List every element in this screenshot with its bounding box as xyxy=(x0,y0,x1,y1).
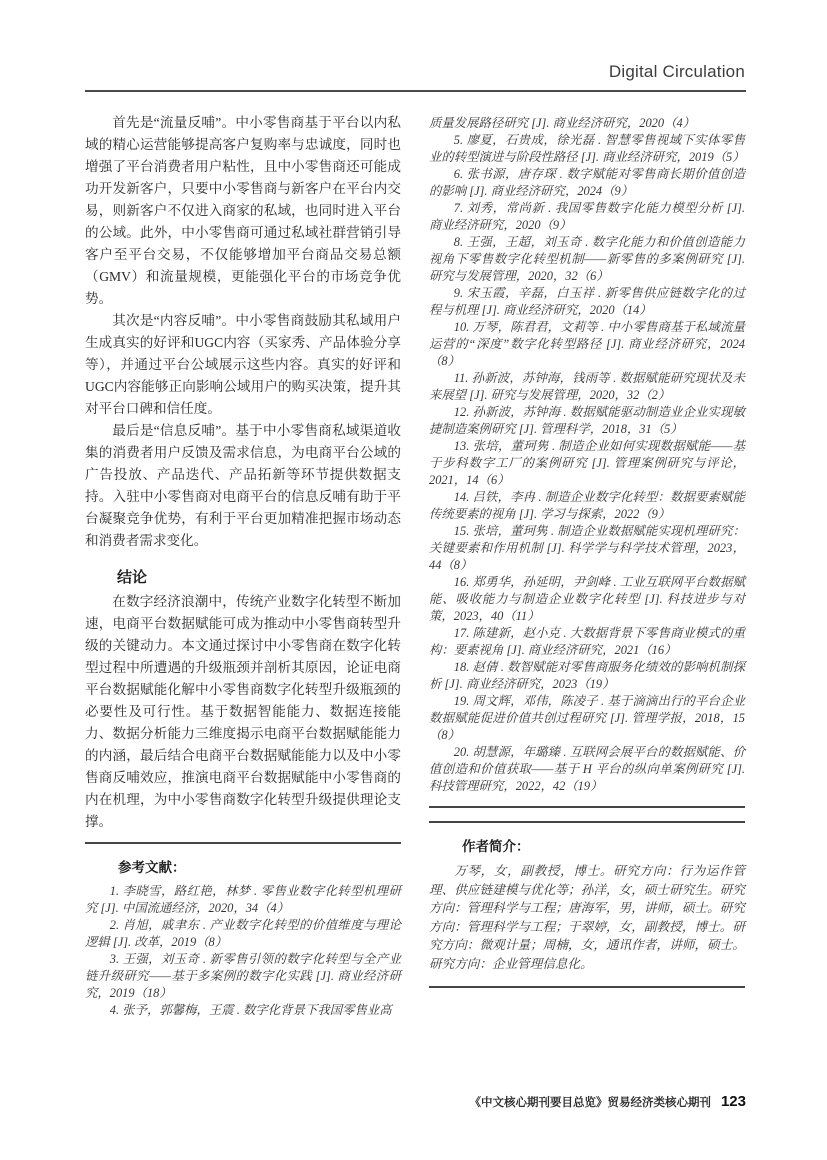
author-bio-heading: 作者简介： xyxy=(429,835,745,855)
page-footer: 《中文核心期刊要目总览》贸易经济类核心期刊 123 xyxy=(469,1093,746,1110)
reference-item-11: 11. 孙新波，苏钟海，钱雨等 . 数据赋能研究现状及未来展望 [J]. 研究与… xyxy=(429,370,745,404)
conclusion-paragraph: 在数字经济浪潮中，传统产业数字化转型不断加速，电商平台数据赋能可成为推动中小零售… xyxy=(85,591,401,833)
page-number: 123 xyxy=(721,1093,746,1110)
reference-item-18: 18. 赵倩 . 数智赋能对零售商服务化绩效的影响机制探析 [J]. 商业经济研… xyxy=(429,659,745,693)
reference-item-2: 2. 肖旭，戚聿东 . 产业数字化转型的价值维度与理论逻辑 [J]. 改革，20… xyxy=(85,917,401,951)
author-bio-top-rule-1 xyxy=(429,806,745,808)
reference-item-1: 1. 李晓雪，路红艳，林梦 . 零售业数字化转型机理研究 [J]. 中国流通经济… xyxy=(85,883,401,917)
references-heading: 参考文献： xyxy=(85,856,401,876)
journal-page: Digital Circulation 首先是“流量反哺”。中小零售商基于平台以… xyxy=(0,0,827,1160)
reference-item-15: 15. 张培，董珂隽 . 制造企业数据赋能实现机理研究：关键要素和作用机制 [J… xyxy=(429,523,745,574)
author-bio-top-rule-2 xyxy=(429,821,745,823)
reference-item-3: 3. 王强，刘玉奇 . 新零售引领的数字化转型与全产业链升级研究——基于多案例的… xyxy=(85,951,401,1002)
reference-item-13: 13. 张培，董珂隽 . 制造企业如何实现数据赋能——基于步科数字工厂的案例研究… xyxy=(429,438,745,489)
reference-item-19: 19. 周文辉，邓伟，陈凌子 . 基于滴滴出行的平台企业数据赋能促进价值共创过程… xyxy=(429,693,745,744)
reference-item-16: 16. 郑勇华，孙延明，尹剑峰 . 工业互联网平台数据赋能、吸收能力与制造企业数… xyxy=(429,574,745,625)
reference-item-5: 5. 廖夏，石贵成，徐光磊 . 智慧零售视域下实体零售业的转型演进与阶段性路径 … xyxy=(429,132,745,166)
reference-item-7: 7. 刘秀，常尚新 . 我国零售数字化能力模型分析 [J]. 商业经济研究，20… xyxy=(429,200,745,234)
reference-item-4: 4. 张予，郭馨梅，王震 . 数字化背景下我国零售业高 xyxy=(85,1002,401,1019)
reference-item-10: 10. 万琴，陈君君，文莉等 . 中小零售商基于私域流量运营的“深度”数字化转型… xyxy=(429,319,745,370)
reference-item-17: 17. 陈建新，赵小克 . 大数据背景下零售商业模式的重构：要素视角 [J]. … xyxy=(429,625,745,659)
right-column: 质量发展路径研究 [J]. 商业经济研究，2020（4） 5. 廖夏，石贵成，徐… xyxy=(429,115,745,988)
references-divider-rule xyxy=(85,842,401,844)
body-paragraph-content-feedback: 其次是“内容反哺”。中小零售商鼓励其私域用户生成真实的好评和UGC内容（买家秀、… xyxy=(85,310,401,420)
author-bio-bottom-rule xyxy=(429,986,745,988)
footer-journal-note: 《中文核心期刊要目总览》贸易经济类核心期刊 xyxy=(469,1094,711,1110)
body-paragraph-flow-feedback: 首先是“流量反哺”。中小零售商基于平台以内私域的精心运营能够提高客户复购率与忠诚… xyxy=(85,112,401,310)
reference-item-6: 6. 张书源，唐存琛 . 数字赋能对零售商长期价值创造的影响 [J]. 商业经济… xyxy=(429,166,745,200)
reference-item-14: 14. 吕铁，李冉 . 制造企业数字化转型：数据要素赋能传统要素的视角 [J].… xyxy=(429,489,745,523)
reference-item-12: 12. 孙新波，苏钟海 . 数据赋能驱动制造业企业实现敏捷制造案例研究 [J].… xyxy=(429,404,745,438)
left-column: 首先是“流量反哺”。中小零售商基于平台以内私域的精心运营能够提高客户复购率与忠诚… xyxy=(85,112,401,1019)
header-section-title: Digital Circulation xyxy=(609,62,745,82)
reference-item-8: 8. 王强，王超，刘玉奇 . 数字化能力和价值创造能力视角下零售数字化转型机制—… xyxy=(429,234,745,285)
body-paragraph-info-feedback: 最后是“信息反哺”。基于中小零售商私域渠道收集的消费者用户反馈及需求信息，为电商… xyxy=(85,420,401,552)
reference-item-9: 9. 宋玉霞，辛磊，白玉祥 . 新零售供应链数字化的过程与机理 [J]. 商业经… xyxy=(429,285,745,319)
reference-item-4-continuation: 质量发展路径研究 [J]. 商业经济研究，2020（4） xyxy=(429,115,745,132)
header-rule xyxy=(85,90,746,92)
reference-item-20: 20. 胡慧源，年璐臻 . 互联网会展平台的数据赋能、价值创造和价值获取——基于… xyxy=(429,744,745,795)
author-bio-text: 万琴，女，副教授，博士。研究方向：行为运作管理、供应链建模与优化等；孙洋，女，硕… xyxy=(429,862,745,973)
conclusion-heading: 结论 xyxy=(85,566,401,587)
